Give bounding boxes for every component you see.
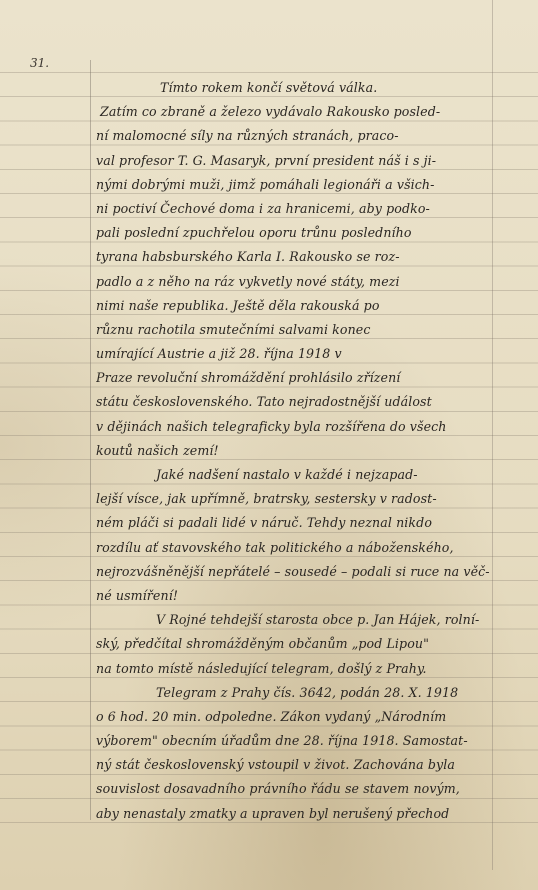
text-line: státu československého. Tato nejradostně… — [96, 390, 496, 414]
text-line: nejrozvášněnější nepřátelé – sousedé – p… — [96, 560, 496, 584]
text-line: ném pláči si padali lidé v náruč. Tehdy … — [96, 511, 496, 535]
text-line: Telegram z Prahy čís. 3642, podán 28. X.… — [96, 681, 496, 705]
text-line: val profesor T. G. Masaryk, první presid… — [96, 149, 496, 173]
text-line: ni poctiví Čechové doma i za hranicemi, … — [96, 197, 496, 221]
text-line: tyrana habsburského Karla I. Rakousko se… — [96, 245, 496, 269]
handwritten-text-block: Tímto rokem končí světová válka. Zatím c… — [96, 76, 496, 826]
text-line: né usmíření! — [96, 584, 496, 608]
text-line: V Rojné tehdejší starosta obce p. Jan Há… — [96, 608, 496, 632]
text-line: nými dobrými muži, jimž pomáhali legioná… — [96, 173, 496, 197]
handwritten-ledger-page: 31. Tímto rokem končí světová válka. Zat… — [0, 0, 538, 890]
text-line: ský, předčítal shromážděným občanům „pod… — [96, 632, 496, 656]
left-margin-line — [90, 60, 91, 820]
text-line: Praze revoluční shromáždění prohlásilo z… — [96, 366, 496, 390]
text-line: na tomto místě následující telegram, doš… — [96, 657, 496, 681]
text-line: ní malomocné síly na různých stranách, p… — [96, 124, 496, 148]
text-line: Zatím co zbraně a železo vydávalo Rakous… — [96, 100, 496, 124]
text-line: koutů našich zemí! — [96, 439, 496, 463]
text-line: pali poslední zpuchřelou oporu trůnu pos… — [96, 221, 496, 245]
text-line: rozdílu ať stavovského tak politického a… — [96, 536, 496, 560]
text-line: různu rachotila smutečními salvami konec — [96, 318, 496, 342]
chapter-title: Tímto rokem končí světová válka. — [96, 76, 496, 100]
text-line: nimi naše republika. Ještě děla rakouská… — [96, 294, 496, 318]
text-line: souvislost dosavadního právního řádu se … — [96, 777, 496, 801]
text-line: v dějinách našich telegraficky byla rozš… — [96, 415, 496, 439]
page-number: 31. — [30, 56, 49, 70]
text-line: o 6 hod. 20 min. odpoledne. Zákon vydaný… — [96, 705, 496, 729]
text-line: Jaké nadšení nastalo v každé i nejzapad- — [96, 463, 496, 487]
text-line: ný stát československý vstoupil v život.… — [96, 753, 496, 777]
text-line: výborem" obecním úřadům dne 28. října 19… — [96, 729, 496, 753]
text-line: aby nenastaly zmatky a upraven byl neruš… — [96, 802, 496, 826]
text-line: umírající Austrie a již 28. října 1918 v — [96, 342, 496, 366]
text-line: lejší vísce, jak upřímně, bratrsky, sest… — [96, 487, 496, 511]
text-line: padlo a z něho na ráz vykvetly nové stát… — [96, 270, 496, 294]
